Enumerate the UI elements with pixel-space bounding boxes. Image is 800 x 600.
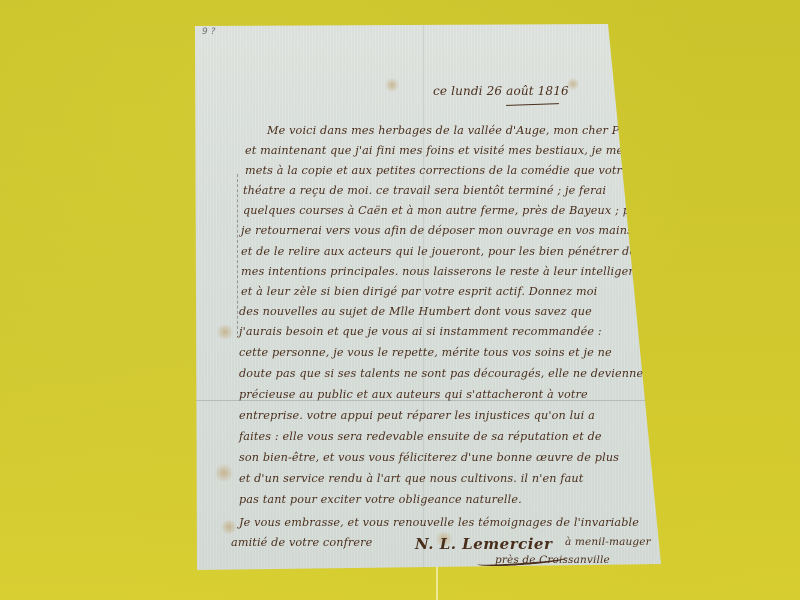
date-underline [506,103,559,106]
body-line: et de le relire aux acteurs qui le jouer… [241,245,636,258]
closing-line: Je vous embrasse, et vous renouvelle les… [239,516,639,529]
pencil-margin-note: 9 ? [202,27,215,37]
body-line: doute pas que si ses talents ne sont pas… [239,367,643,380]
body-line: mes intentions principales. nous laisser… [241,265,649,278]
body-line: son bien-être, et vous vous féliciterez … [239,451,619,464]
signature: N. L. Lemercier [415,535,552,553]
letter-date: ce lundi 26 août 1816 [433,84,569,98]
body-line: cette personne, je vous le repette, méri… [239,346,612,359]
foxing-stain [385,78,399,92]
body-line: faites : elle vous sera redevable ensuit… [239,430,602,443]
foxing-stain [221,520,237,534]
body-line: et à leur zèle si bien dirigé par votre … [241,285,597,298]
body-line: des nouvelles au sujet de Mlle Humbert d… [239,305,592,318]
body-line: quelques courses à Caën et à mon autre f… [243,204,651,217]
foxing-stain [215,464,233,482]
body-line: je retournerai vers vous afin de déposer… [241,224,633,237]
body-line: j'aurais besoin et que je vous ai si ins… [239,325,602,338]
body-line: pas tant pour exciter votre obligeance n… [239,493,522,506]
body-line: théatre a reçu de moi. ce travail sera b… [243,184,606,197]
closing-line: amitié de votre confrere [231,536,372,549]
body-line: précieuse au public et aux auteurs qui s… [239,388,588,401]
body-line: mets à la copie et aux petites correctio… [245,164,629,177]
body-line: et d'un service rendu à l'art que nous c… [239,472,583,485]
address-line-2: près de Croissanville [495,554,610,566]
letter-page: 9 ? ce lundi 26 août 1816 Me voici dans … [195,24,665,570]
foxing-stain [217,324,233,340]
body-line: Me voici dans mes herbages de la vallée … [267,124,653,137]
body-line: et maintenant que j'ai fini mes foins et… [245,144,623,157]
address-line-1: à menil-mauger [565,536,651,548]
body-line: entreprise. votre appui peut réparer les… [239,409,595,422]
